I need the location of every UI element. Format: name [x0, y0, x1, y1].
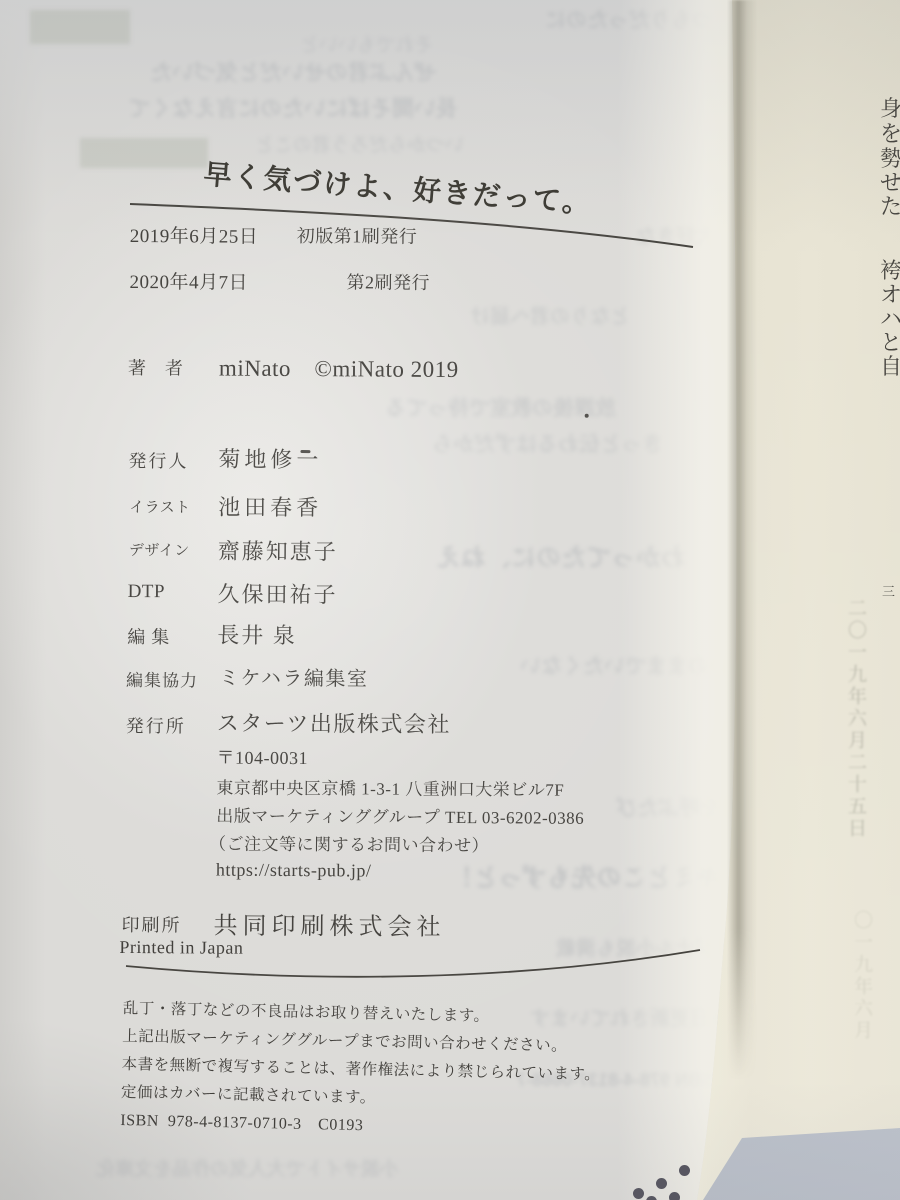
publisher-label: 発行所	[126, 712, 186, 738]
corner-dot	[679, 1165, 690, 1176]
colophon-page: つもりだったのに それでもいいと ぜんぶ君のせいだと気づいた 長い間そばにいたの…	[0, 0, 742, 1200]
printed-in-japan: Printed in Japan	[119, 937, 243, 959]
tick-mark: 三	[882, 581, 895, 600]
edge-glyph: 自	[880, 350, 900, 381]
credit-value: 齋藤知恵子	[218, 535, 338, 567]
credit-label: デザイン	[129, 539, 190, 560]
edition-date: 2019年6月25日	[130, 221, 259, 249]
ink-speck	[300, 450, 310, 453]
publisher-postal-code: 〒104-0031	[217, 744, 309, 771]
publisher-tel-note: （ご注文等に関するお問い合わせ）	[209, 829, 489, 856]
credit-value: 菊地修一	[218, 443, 322, 475]
printer-label: 印刷所	[121, 911, 181, 937]
publisher-department-tel: 出版マーケティンググループ TEL 03-6202-0386	[216, 802, 584, 829]
ink-speck	[585, 414, 589, 418]
publisher-url: https://starts-pub.jp/	[216, 860, 372, 882]
author-name: miNato ©miNato 2019	[219, 350, 459, 384]
edge-glyph: た	[880, 190, 900, 221]
publisher-address: 東京都中央区京橋 1-3-1 八重洲口大栄ビル7F	[216, 774, 564, 801]
notices-block: 乱丁・落丁などの不良品はお取り替えいたします。 上記出版マーケティンググループま…	[120, 995, 602, 1145]
edition-date: 2020年4月7日	[129, 267, 248, 295]
corner-dot	[646, 1196, 657, 1200]
credit-label: イラスト	[129, 496, 191, 517]
corner-dot	[633, 1188, 644, 1199]
book-colophon-photo: 身 を 勢 せ た 袴 オ ハ と 自 三 二〇一九年六月二十五日 〇一九年六月…	[0, 0, 900, 1200]
credit-label: 著 者	[128, 354, 184, 380]
ghost-vertical-text: 〇一九年六月	[848, 910, 875, 1110]
credit-label: 編集	[127, 623, 175, 649]
colophon-content: 早く気づけよ、好きだって。 2019年6月25日 初版第1刷発行 2020年4月…	[0, 0, 743, 1200]
ghost-vertical-text: 二〇一九年六月二十五日	[842, 598, 869, 898]
edition-label: 第2刷発行	[346, 268, 430, 295]
corner-dot	[656, 1178, 667, 1189]
publisher-name: スターツ出版株式会社	[217, 707, 451, 739]
credit-label: 編集協力	[126, 666, 198, 691]
credit-value: 池田春香	[218, 491, 322, 523]
credit-label: 発行人	[128, 447, 188, 473]
credit-value: 長井 泉	[217, 619, 297, 650]
corner-dot	[669, 1192, 680, 1200]
book-title: 早く気づけよ、好きだって。	[202, 152, 593, 221]
edition-label: 初版第1刷発行	[297, 222, 418, 249]
printer-name: 共同印刷株式会社	[213, 906, 445, 942]
credit-value: 久保田祐子	[218, 578, 338, 610]
page-edge-shadow	[727, 0, 757, 1080]
credit-label: DTP	[128, 581, 166, 603]
credit-value: ミケハラ編集室	[219, 662, 368, 692]
